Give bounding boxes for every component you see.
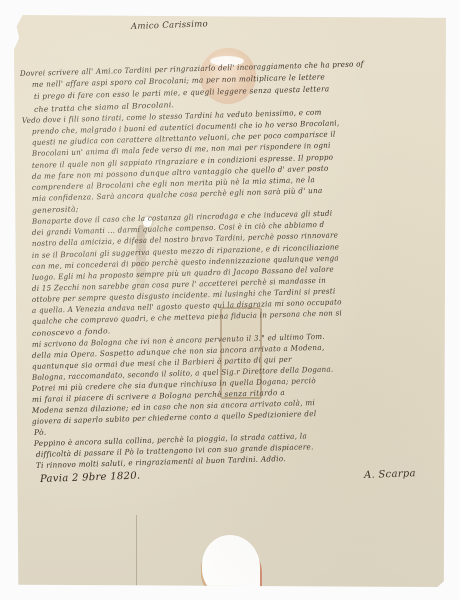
letter-signature: A. Scarpa — [364, 469, 416, 481]
paper-hole-seal-tear — [202, 535, 260, 597]
letter-paper: Amico Carissimo Dovrei scrivere all' Ami… — [14, 15, 446, 587]
letter-salutation: Amico Carissimo — [131, 20, 208, 31]
scanned-letter: Amico Carissimo Dovrei scrivere all' Ami… — [0, 0, 459, 600]
fold-line — [136, 515, 137, 595]
letter-line: generosità; — [32, 205, 79, 214]
letter-line: Pò. — [34, 429, 47, 437]
letter-line: conoscevo a fondo. — [32, 327, 111, 337]
letter-dateline: Pavia 2 9bre 1820. — [40, 471, 141, 484]
